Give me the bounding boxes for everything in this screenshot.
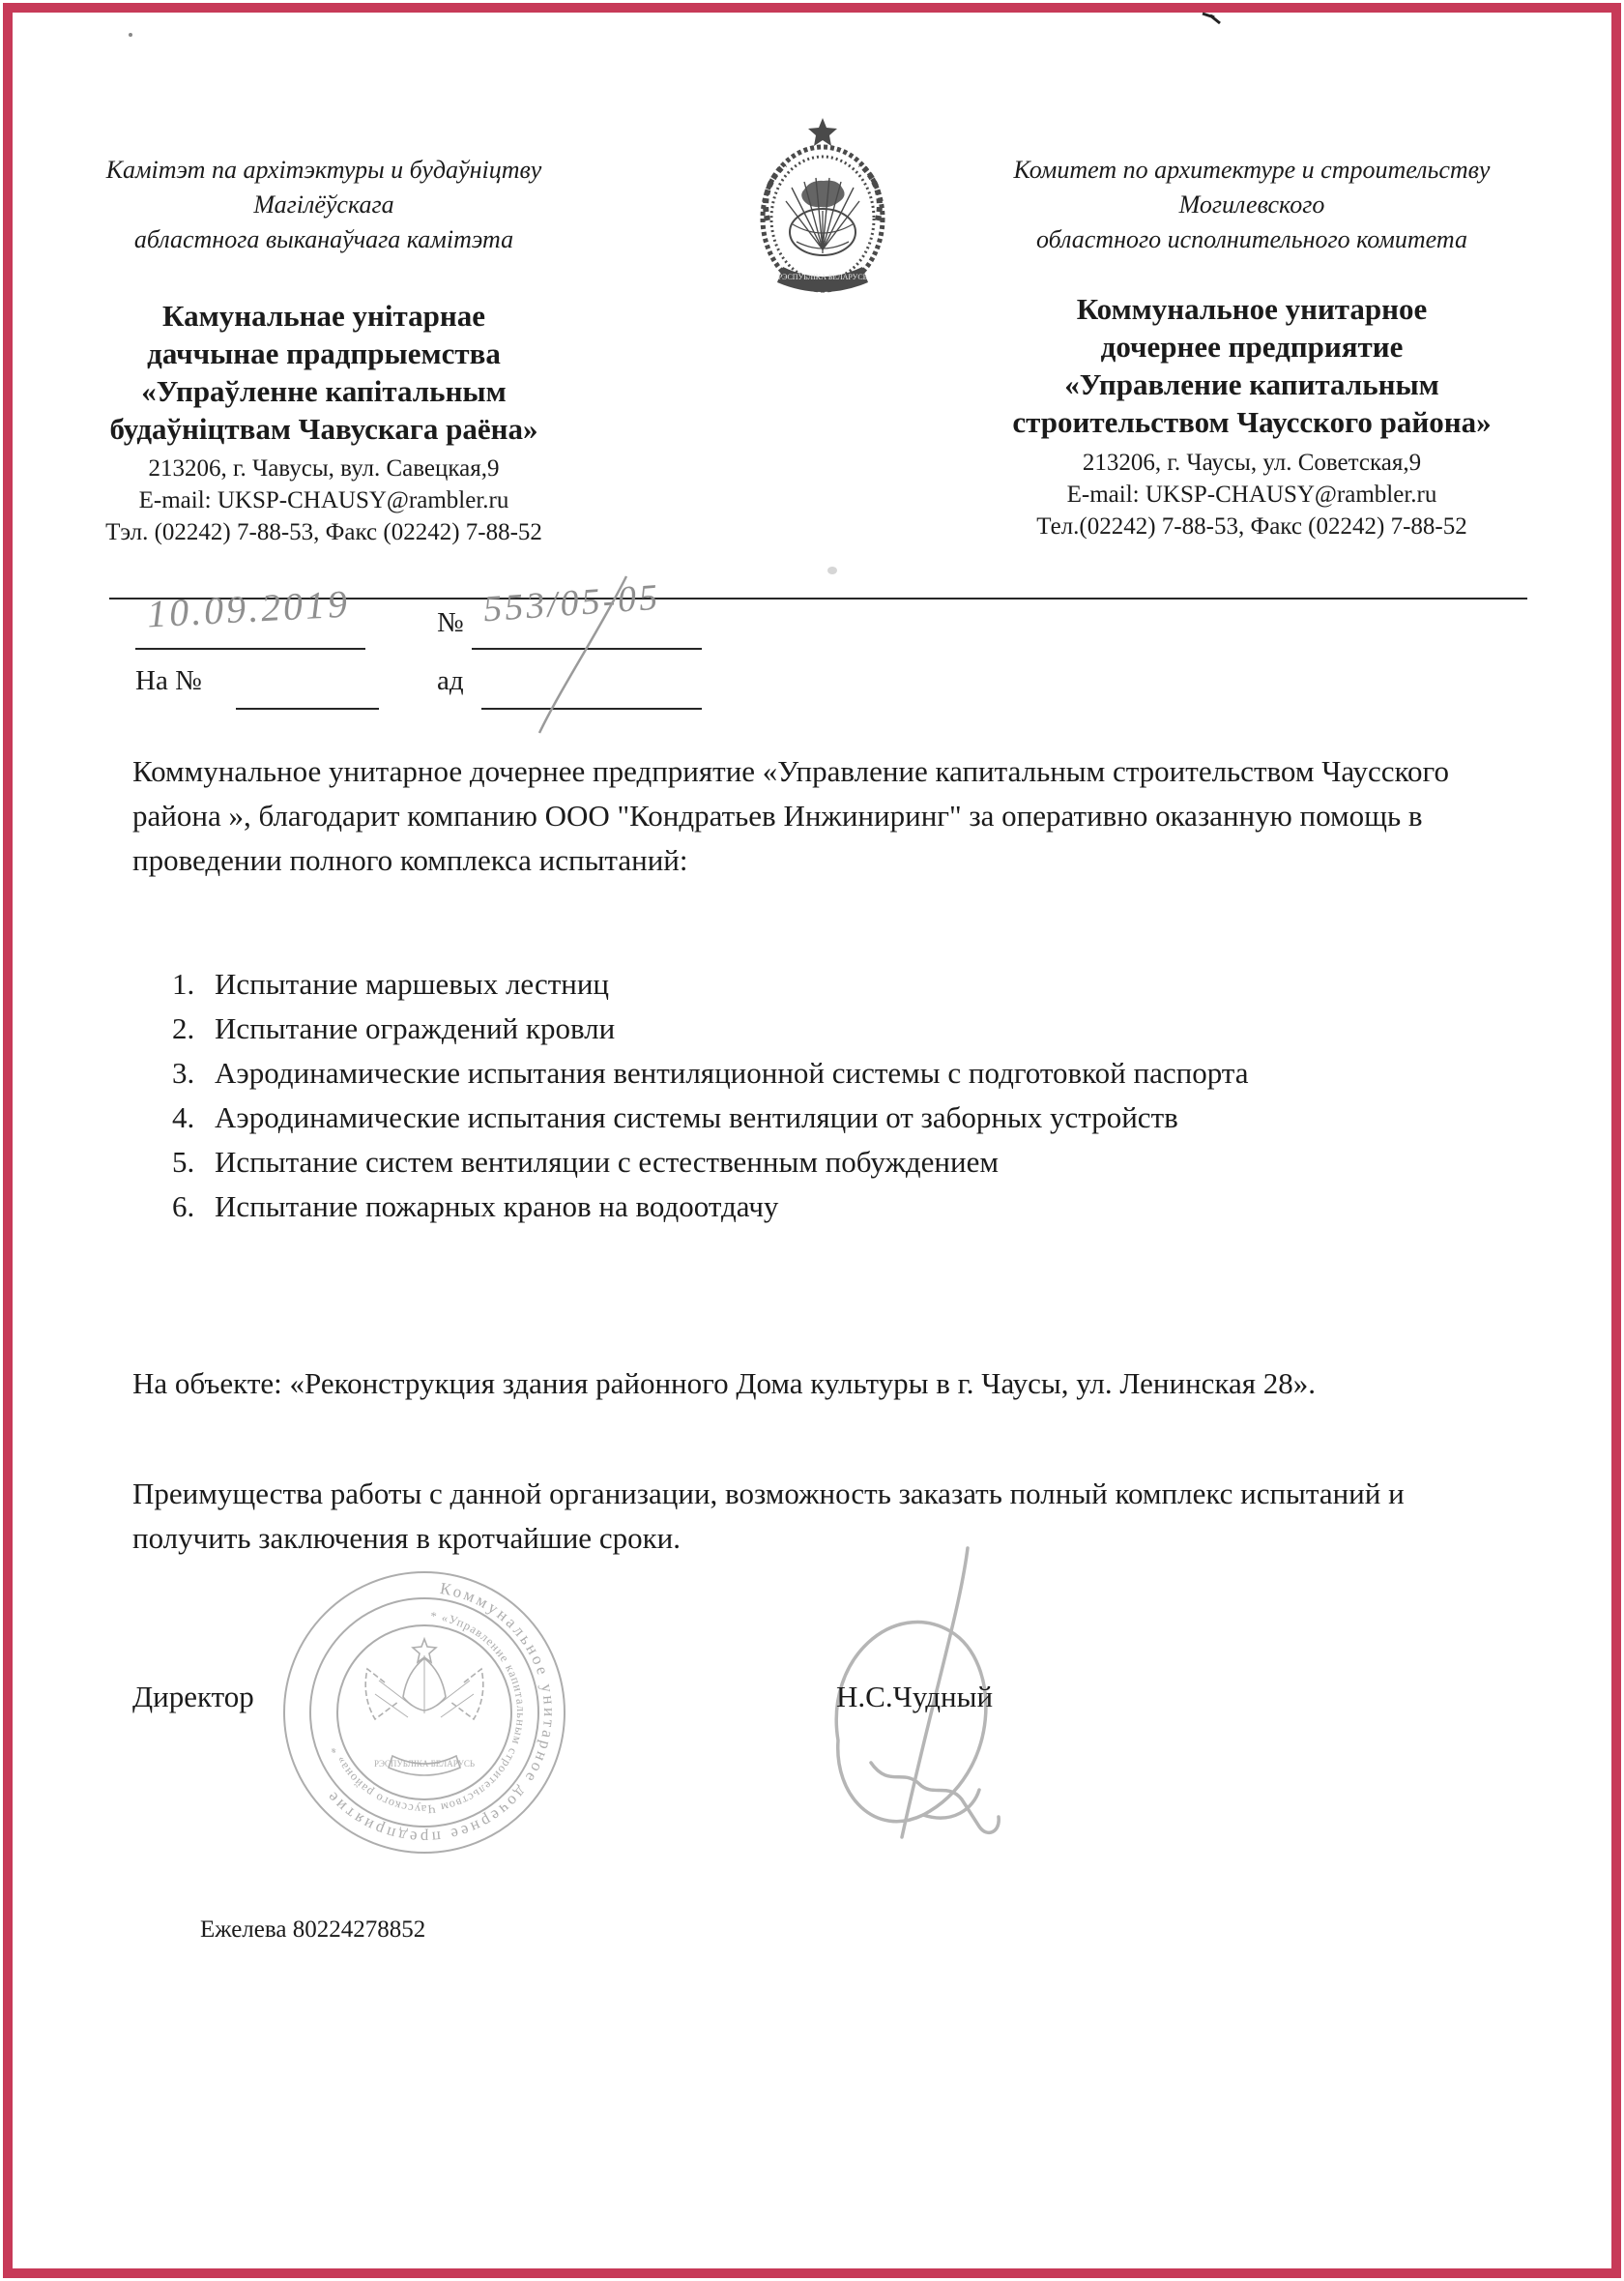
list-item: 1. Испытание маршевых лестниц (172, 962, 1500, 1007)
letterhead-right-committee-line: Комитет по архитектуре и строительству (986, 153, 1518, 188)
phone-line: Тэл. (02242) 7-88-53, Факс (02242) 7-88-… (87, 516, 561, 548)
org-name-line: «Управление капитальным (986, 366, 1518, 403)
emblem-ribbon-text: РЭСПУБЛІКА БЕЛАРУСЬ (778, 273, 868, 281)
incoming-date-label: ад (437, 665, 464, 697)
list-item-number: 1. (172, 962, 215, 1007)
letterhead-left-committee-line: Камітэт па архітэктуры и будаўніцтву (87, 153, 561, 188)
letterhead-right-org-name: Коммунальное унитарное дочернее предприя… (986, 290, 1518, 441)
list-item-number: 6. (172, 1184, 215, 1229)
list-item: 4. Аэродинамические испытания системы ве… (172, 1096, 1500, 1140)
scan-artifact-smudge (827, 567, 837, 574)
org-name-line: дочернее предприятие (986, 328, 1518, 366)
letterhead-left-committee-line: абластнога выканаўчага камітэта (87, 222, 561, 257)
list-item: 5. Испытание систем вентиляции с естеств… (172, 1140, 1500, 1184)
pen-slash-stroke (522, 572, 638, 737)
letterhead-right-committee: Комитет по архитектуре и строительству М… (986, 153, 1518, 257)
list-item-text: Испытание систем вентиляции с естественн… (215, 1140, 1500, 1184)
address-line: 213206, г. Чавусы, вул. Савецкая,9 (87, 453, 561, 484)
list-item-number: 2. (172, 1007, 215, 1051)
letterhead-right-contacts: 213206, г. Чаусы, ул. Советская,9 E-mail… (986, 447, 1518, 542)
body-paragraph-thanks: Коммунальное унитарное дочернее предприя… (132, 749, 1500, 883)
org-name-line: даччынае прадпрыемства (87, 335, 561, 372)
org-name-line: Камунальнае унітарнае (87, 297, 561, 335)
handwritten-date: 10.09.2019 (146, 581, 351, 637)
letterhead-left-contacts: 213206, г. Чавусы, вул. Савецкая,9 E-mai… (87, 453, 561, 548)
email-line: E-mail: UKSP-CHAUSY@rambler.ru (87, 484, 561, 516)
letterhead-left-committee-line: Магілёўскага (87, 188, 561, 222)
list-item-number: 3. (172, 1051, 215, 1096)
org-name-line: «Упраўленне капітальным (87, 372, 561, 410)
list-item-text: Аэродинамические испытания вентиляционно… (215, 1051, 1500, 1096)
list-item: 6. Испытание пожарных кранов на водоотда… (172, 1184, 1500, 1229)
list-item-text: Аэродинамические испытания системы венти… (215, 1096, 1500, 1140)
letterhead-left-committee: Камітэт па архітэктуры и будаўніцтву Маг… (87, 153, 561, 257)
letterhead-left-org-name: Камунальнае унітарнае даччынае прадпрыем… (87, 297, 561, 448)
phone-line: Тел.(02242) 7-88-53, Факс (02242) 7-88-5… (986, 511, 1518, 542)
org-name-line: строительством Чаусского района» (986, 403, 1518, 441)
svg-text:* «Управление капитальным стро: * «Управление капитальным строительством… (328, 1609, 528, 1816)
org-name-line: будаўніцтвам Чавускага раёна» (87, 410, 561, 448)
address-line: 213206, г. Чаусы, ул. Советская,9 (986, 447, 1518, 479)
list-item-text: Испытание пожарных кранов на водоотдачу (215, 1184, 1500, 1229)
executor-contact: Ежелева 80224278852 (200, 1916, 425, 1944)
stamp-center-text: РЭСПУБЛІКА БЕЛАРУСЬ (374, 1759, 475, 1769)
scanned-letter-page: Камітэт па архітэктуры и будаўніцтву Маг… (0, 0, 1624, 2281)
date-underline (135, 648, 365, 650)
scan-artifact-mark (1201, 10, 1224, 25)
letterhead-right-committee-line: областного исполнительного комитета (986, 222, 1518, 257)
list-item: 2. Испытание ограждений кровли (172, 1007, 1500, 1051)
list-item-text: Испытание ограждений кровли (215, 1007, 1500, 1051)
belarus-coat-of-arms-icon: РЭСПУБЛІКА БЕЛАРУСЬ (746, 104, 899, 306)
body-paragraph-object: На объекте: «Реконструкция здания районн… (132, 1361, 1500, 1406)
signer-title: Директор (132, 1675, 254, 1719)
org-name-line: Коммунальное унитарное (986, 290, 1518, 328)
signer-name: Н.С.Чудный (836, 1675, 993, 1719)
stamp-inner-ring-text: * «Управление капитальным строительством… (328, 1609, 528, 1816)
number-label: № (437, 607, 464, 639)
incoming-number-label: На № (135, 665, 202, 697)
list-item-number: 4. (172, 1096, 215, 1140)
list-item-text: Испытание маршевых лестниц (215, 962, 1500, 1007)
list-item: 3. Аэродинамические испытания вентиляцио… (172, 1051, 1500, 1096)
email-line: E-mail: UKSP-CHAUSY@rambler.ru (986, 479, 1518, 511)
list-item-number: 5. (172, 1140, 215, 1184)
scan-artifact-dot (129, 33, 132, 37)
incoming-number-underline (236, 708, 379, 710)
round-seal-stamp-icon: Коммунальное унитарное дочернее предприя… (278, 1566, 570, 1858)
numbered-list: 1. Испытание маршевых лестниц 2. Испытан… (172, 962, 1500, 1229)
letterhead-right-committee-line: Могилевского (986, 188, 1518, 222)
